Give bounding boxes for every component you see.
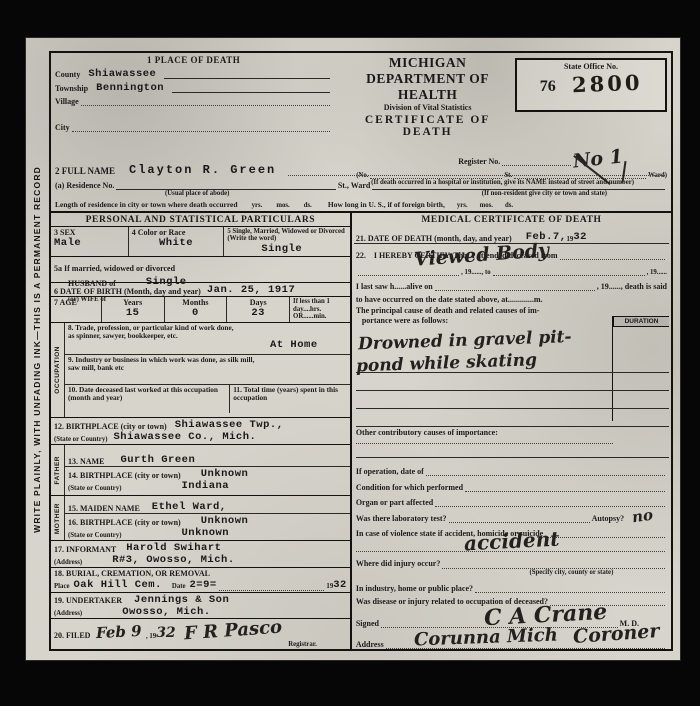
informant-row: 17. INFORMANT Harold Swihart (Address) R… bbox=[51, 541, 350, 568]
residence-line: (a) Residence No. St., Ward bbox=[55, 180, 667, 190]
mother-bp-state-label: (State or Country) bbox=[68, 532, 122, 539]
injury-row: Where did injury occur? bbox=[354, 555, 669, 568]
operation-row: If operation, date of bbox=[354, 459, 669, 476]
state-office-box: State Office No. 76 2800 bbox=[515, 58, 667, 112]
father-bp-label: 14. BIRTHPLACE (city or town) bbox=[68, 471, 181, 480]
dob-label: 6 DATE OF BIRTH (Month, day and year) bbox=[54, 287, 201, 296]
sex-cell: 3 SEX Male bbox=[51, 227, 129, 256]
lastworked-label: 10. Date deceased last worked at this oc… bbox=[68, 386, 226, 402]
personal-particulars-column: PERSONAL AND STATISTICAL PARTICULARS 3 S… bbox=[51, 213, 350, 649]
undertaker-addr-value: Owosso, Mich. bbox=[122, 606, 210, 618]
injury-note: (Specify city, county or state) bbox=[474, 569, 669, 578]
full-name-line: 2 FULL NAME Clayton R. Green bbox=[55, 163, 667, 176]
ds-label: ds. bbox=[304, 202, 312, 209]
filed-year-handwritten: 32 bbox=[156, 625, 175, 641]
burial-year-value: 32 bbox=[333, 579, 347, 591]
rule bbox=[356, 457, 669, 458]
burial-date-value: 2=9= bbox=[190, 579, 217, 591]
village-line: Village bbox=[55, 96, 332, 106]
rule bbox=[356, 408, 669, 409]
address-row: Address Corunna Mich Coroner bbox=[354, 629, 669, 649]
rule bbox=[72, 122, 331, 132]
county-value: Shiawassee bbox=[88, 68, 156, 80]
contributory-area: Other contributory causes of importance: bbox=[354, 421, 669, 459]
filed-date-handwritten: Feb 9 bbox=[96, 621, 142, 641]
trade-label: 8. Trade, profession, or particular kind… bbox=[68, 324, 241, 353]
sex-race-marital-row: 3 SEX Male 4 Color or Race White 5 Singl… bbox=[51, 227, 350, 257]
rule bbox=[288, 166, 665, 176]
father-bp-state-label: (State or Country) bbox=[68, 485, 122, 492]
filed-label: 20. FILED bbox=[54, 631, 90, 640]
lastworked-row: 10. Date deceased last worked at this oc… bbox=[65, 385, 350, 413]
rule bbox=[560, 250, 665, 260]
certificate-form: 1 PLACE OF DEATH County Shiawassee Towns… bbox=[49, 51, 673, 651]
dod-year-prefix: 19 bbox=[567, 236, 574, 243]
industry-row: 9. Industry or business in which work wa… bbox=[65, 355, 350, 385]
rule bbox=[426, 466, 665, 476]
cause-label-1: The principal cause of death and related… bbox=[356, 306, 540, 315]
dod-year-value: 32 bbox=[573, 231, 587, 243]
trade-row: 8. Trade, profession, or particular kind… bbox=[65, 323, 350, 355]
howlong-label: How long in U. S., if of foreign birth, bbox=[328, 201, 445, 209]
age-label: 7 AGE bbox=[54, 298, 98, 307]
burial-label: 18. BURIAL, CREMATION, OR REMOVAL bbox=[54, 569, 347, 578]
condition-label: Condition for which performed bbox=[356, 483, 463, 492]
burial-year-prefix: 19 bbox=[326, 583, 333, 590]
dob-row: 6 DATE OF BIRTH (Month, day and year) Ja… bbox=[51, 283, 350, 297]
yrs-label: yrs. bbox=[252, 202, 263, 209]
cause-of-death-area: portance were as follows: DURATION Drown… bbox=[354, 316, 669, 422]
title-block: MICHIGAN DEPARTMENT OF HEALTH Division o… bbox=[338, 55, 517, 138]
rule bbox=[219, 581, 325, 591]
nonresident-note: (If non-resident give city or town and s… bbox=[482, 190, 607, 197]
rule bbox=[172, 83, 330, 93]
rule bbox=[442, 559, 665, 569]
ds2-label: ds. bbox=[505, 202, 513, 209]
contributory-label: Other contributory causes of importance: bbox=[356, 428, 498, 437]
lastsaw-row: I last saw h......alive on , 19......, d… bbox=[354, 276, 669, 291]
race-label: 4 Color or Race bbox=[132, 228, 221, 237]
informant-addr-value: R#3, Owosso, Mich. bbox=[112, 554, 234, 566]
autopsy-label: Autopsy? bbox=[592, 514, 624, 523]
rule bbox=[545, 528, 665, 538]
cause-label-row1: The principal cause of death and related… bbox=[354, 304, 669, 315]
undertaker-label: 19. UNDERTAKER bbox=[54, 596, 122, 605]
rule bbox=[465, 482, 665, 492]
years-value: 15 bbox=[105, 307, 161, 319]
rule bbox=[116, 180, 335, 190]
left-section-title: PERSONAL AND STATISTICAL PARTICULARS bbox=[51, 213, 350, 227]
township-label: Township bbox=[55, 84, 88, 93]
township-line: Township Bennington bbox=[55, 82, 332, 93]
father-name-row: 13. NAME Gurth Green bbox=[65, 445, 350, 467]
scanned-certificate-paper: WRITE PLAINLY, WITH UNFADING INK—THIS IS… bbox=[26, 38, 680, 660]
dod-label: 21. DATE OF DEATH (month, day, and year) bbox=[356, 234, 512, 243]
marital-cell: 5 Single, Married, Widowed or Divorced (… bbox=[224, 227, 350, 256]
yrs2-label: yrs. bbox=[457, 202, 468, 209]
contributory-row: Other contributory causes of importance: bbox=[354, 421, 669, 437]
city-label: City bbox=[55, 123, 70, 132]
mother-bp-label: 16. BIRTHPLACE (city or town) bbox=[68, 518, 181, 527]
rule bbox=[356, 443, 613, 444]
residence-label: (a) Residence No. bbox=[55, 181, 114, 190]
city-line: City bbox=[55, 122, 332, 132]
medical-certificate-column: MEDICAL CERTIFICATE OF DEATH 21. DATE OF… bbox=[350, 213, 671, 649]
father-birthplace-row: 14. BIRTHPLACE (city or town) Unknown (S… bbox=[65, 467, 350, 493]
mother-group: MOTHER 15. MAIDEN NAME Ethel Ward, 16. B… bbox=[51, 496, 350, 541]
residence-notes: (Usual place of abode) (If non-resident … bbox=[55, 190, 667, 197]
rule bbox=[356, 390, 669, 391]
marital-value: Single bbox=[261, 243, 347, 255]
rule bbox=[475, 583, 665, 593]
burial-date-label: Date bbox=[172, 583, 186, 590]
informant-label: 17. INFORMANT bbox=[54, 545, 116, 554]
length-label: Length of residence in city or town wher… bbox=[55, 201, 238, 209]
certify-19b: , 19...... bbox=[647, 269, 667, 276]
full-name-value: Clayton R. Green bbox=[129, 163, 276, 177]
lastsaw-label: I last saw h......alive on bbox=[356, 282, 433, 291]
dept-title: MICHIGAN DEPARTMENT OF HEALTH bbox=[338, 55, 517, 103]
state-office-no-stamp: 2800 bbox=[571, 70, 642, 97]
age-years-cell: Years 15 bbox=[102, 297, 165, 322]
birthplace-value: Shiawassee Twp., bbox=[175, 419, 284, 431]
labtest-row: Was there laboratory test? Autopsy? no bbox=[354, 507, 669, 523]
mother-birthplace-row: 16. BIRTHPLACE (city or town) Unknown (S… bbox=[65, 514, 350, 538]
father-side-label: FATHER bbox=[51, 445, 65, 495]
father-bp-state-value: Indiana bbox=[182, 480, 230, 492]
informant-value: Harold Swihart bbox=[126, 542, 221, 554]
birthplace-label: 12. BIRTHPLACE (city or town) bbox=[54, 422, 167, 431]
undertaker-row: 19. UNDERTAKER Jennings & Son (Address) … bbox=[51, 593, 350, 619]
father-content: 13. NAME Gurth Green 14. BIRTHPLACE (cit… bbox=[65, 445, 350, 495]
occurred-label: to have occurred on the date stated abov… bbox=[356, 295, 543, 304]
undertaker-addr-label: (Address) bbox=[54, 610, 82, 617]
birthplace-state-value: Shiawassee Co., Mich. bbox=[114, 431, 257, 443]
mother-name-row: 15. MAIDEN NAME Ethel Ward, bbox=[65, 496, 350, 514]
rule bbox=[356, 372, 669, 373]
organ-row: Organ or part affected bbox=[354, 492, 669, 507]
township-value: Bennington bbox=[96, 82, 164, 94]
mos2-label: mos. bbox=[480, 202, 493, 209]
filed-year-prefix: , 19 bbox=[146, 633, 156, 640]
occupation-side-label: OCCUPATION bbox=[51, 323, 65, 417]
sex-value: Male bbox=[54, 237, 125, 249]
sex-label: 3 SEX bbox=[54, 228, 125, 237]
columns: PERSONAL AND STATISTICAL PARTICULARS 3 S… bbox=[51, 213, 671, 649]
length-line: Length of residence in city or town wher… bbox=[55, 201, 667, 209]
abode-note: (Usual place of abode) bbox=[165, 190, 229, 197]
place-of-death-label: 1 PLACE OF DEATH bbox=[55, 55, 332, 65]
race-value: White bbox=[132, 237, 221, 249]
husband-label-1: 5a If married, widowed or divorced bbox=[54, 264, 175, 273]
months-label: Months bbox=[168, 298, 224, 307]
totaltime-label: 11. Total time (years) spent in this occ… bbox=[233, 386, 347, 402]
father-name-value: Gurth Green bbox=[120, 454, 195, 466]
age-months-cell: Months 0 bbox=[165, 297, 228, 322]
age-cell: 7 AGE bbox=[51, 297, 102, 322]
trade-value: At Home bbox=[270, 339, 318, 351]
county-label: County bbox=[55, 70, 80, 79]
rule bbox=[164, 69, 330, 79]
labtest-label: Was there laboratory test? bbox=[356, 514, 447, 523]
industry-label: 9. Industry or business in which work wa… bbox=[68, 356, 263, 372]
occupation-content: 8. Trade, profession, or particular kind… bbox=[65, 323, 350, 417]
lessday-label: If less than 1 day....hrs. OR......min. bbox=[293, 298, 347, 320]
totaltime-cell: 11. Total time (years) spent in this occ… bbox=[230, 385, 350, 413]
burial-row: 18. BURIAL, CREMATION, OR REMOVAL Place … bbox=[51, 568, 350, 592]
public-place-row: In industry, home or public place? bbox=[354, 578, 669, 593]
mother-content: 15. MAIDEN NAME Ethel Ward, 16. BIRTHPLA… bbox=[65, 496, 350, 540]
years-label: Years bbox=[105, 298, 161, 307]
days-value: 23 bbox=[230, 307, 286, 319]
husband-wife-row: 5a If married, widowed or divorced HUSBA… bbox=[51, 257, 350, 283]
form-header: 1 PLACE OF DEATH County Shiawassee Towns… bbox=[51, 53, 671, 213]
occurred-row: to have occurred on the date stated abov… bbox=[354, 291, 669, 304]
operation-label: If operation, date of bbox=[356, 467, 424, 476]
birthplace-row: 12. BIRTHPLACE (city or town) Shiawassee… bbox=[51, 418, 350, 445]
address-label: Address bbox=[356, 640, 384, 649]
filed-row: 20. FILED Feb 9 , 19 32 F R Pasco Regist… bbox=[51, 619, 350, 649]
father-name-label: 13. NAME bbox=[68, 457, 104, 466]
full-name-label: 2 FULL NAME bbox=[55, 166, 115, 176]
margin-note: WRITE PLAINLY, WITH UNFADING INK—THIS IS… bbox=[32, 166, 42, 533]
certify-row: 22. I HEREBY CERTIFY, That I attended de… bbox=[354, 244, 669, 276]
rule bbox=[493, 266, 645, 276]
undertaker-value: Jennings & Son bbox=[134, 594, 229, 606]
informant-addr-label: (Address) bbox=[54, 559, 82, 566]
birthplace-state-label: (State or Country) bbox=[54, 436, 108, 443]
left-margin: WRITE PLAINLY, WITH UNFADING INK—THIS IS… bbox=[26, 38, 48, 660]
lastworked-cell: 10. Date deceased last worked at this oc… bbox=[65, 385, 230, 413]
mother-name-label: 15. MAIDEN NAME bbox=[68, 504, 140, 513]
violence-area: In case of violence state if accident, h… bbox=[354, 523, 669, 555]
mother-bp-state-value: Unknown bbox=[182, 527, 230, 539]
days-label: Days bbox=[230, 298, 286, 307]
mother-side-label: MOTHER bbox=[51, 496, 65, 540]
age-days-cell: Days 23 bbox=[227, 297, 290, 322]
condition-row: Condition for which performed bbox=[354, 476, 669, 492]
rule bbox=[81, 96, 330, 106]
rule bbox=[435, 281, 595, 291]
right-section-title: MEDICAL CERTIFICATE OF DEATH bbox=[354, 213, 669, 226]
cert-title: CERTIFICATE OF DEATH bbox=[338, 114, 517, 138]
rule bbox=[449, 513, 590, 523]
burial-place-value: Oak Hill Cem. bbox=[73, 579, 161, 591]
certify-19a: , 19......, to bbox=[461, 269, 490, 276]
village-label: Village bbox=[55, 97, 79, 106]
dept-subtitle: Division of Vital Statistics bbox=[338, 103, 517, 112]
mother-name-value: Ethel Ward, bbox=[152, 501, 227, 513]
mother-bp-value: Unknown bbox=[201, 515, 249, 527]
lastsaw-end: , 19......, death is said bbox=[597, 282, 667, 291]
county-line: County Shiawassee bbox=[55, 68, 332, 79]
race-cell: 4 Color or Race White bbox=[129, 227, 225, 256]
state-office-label: State Office No. bbox=[517, 60, 665, 71]
state-office-no-printed: 76 bbox=[540, 78, 556, 96]
rule bbox=[435, 497, 665, 507]
header-bottom-rows: 2 FULL NAME Clayton R. Green (a) Residen… bbox=[51, 160, 671, 211]
father-bp-value: Unknown bbox=[201, 468, 249, 480]
age-row: 7 AGE Years 15 Months 0 Days 23 bbox=[51, 297, 350, 323]
dob-value: Jan. 25, 1917 bbox=[207, 284, 295, 296]
marital-label: 5 Single, Married, Widowed or Divorced (… bbox=[227, 228, 347, 243]
burial-place-label: Place bbox=[54, 583, 69, 590]
father-group: FATHER 13. NAME Gurth Green 14. BIRTHPLA… bbox=[51, 445, 350, 496]
public-label: In industry, home or public place? bbox=[356, 584, 473, 593]
st-ward-label: St., Ward bbox=[338, 181, 371, 190]
months-value: 0 bbox=[168, 307, 224, 319]
injury-label: Where did injury occur? bbox=[356, 559, 441, 568]
mos-label: mos. bbox=[276, 202, 289, 209]
less-than-day-cell: If less than 1 day....hrs. OR......min. bbox=[290, 297, 350, 322]
organ-label: Organ or part affected bbox=[356, 498, 433, 507]
occupation-group: OCCUPATION 8. Trade, profession, or part… bbox=[51, 323, 350, 418]
signed-label: Signed bbox=[356, 619, 379, 628]
